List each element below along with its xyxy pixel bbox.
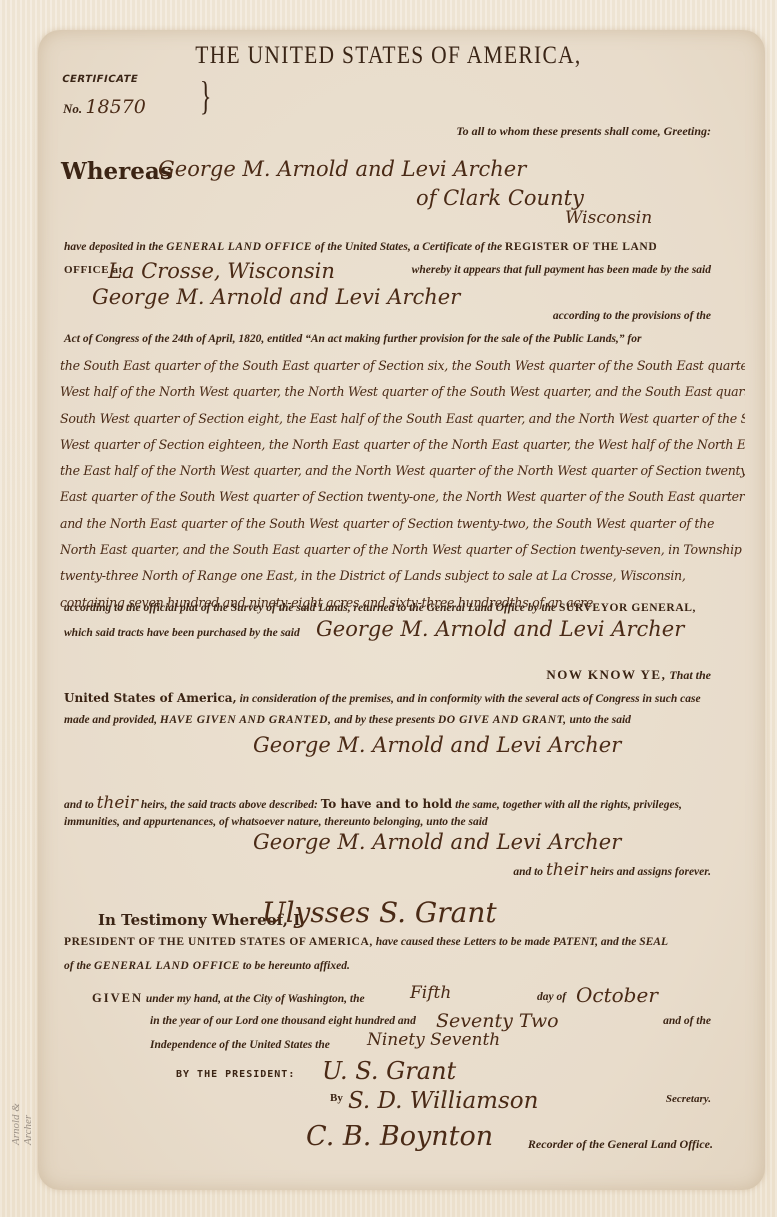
grantee-names: George M. Arnold and Levi Archer: [253, 733, 621, 757]
by-label: By: [330, 1092, 343, 1104]
year-text: in the year of our Lord one thousand eig…: [150, 1015, 416, 1027]
president-title: PRESIDENT OF THE UNITED STATES OF AMERIC…: [64, 936, 373, 948]
land-description-line: East quarter of the South West quarter o…: [60, 484, 745, 510]
now-know-heading: NOW KNOW YE,: [546, 667, 666, 682]
independence-text: Independence of the United States the: [150, 1039, 330, 1051]
certificate-no-prefix: No.: [63, 101, 82, 116]
land-description-line: and the North East quarter of the South …: [60, 511, 745, 537]
president-line: PRESIDENT OF THE UNITED STATES OF AMERIC…: [64, 936, 668, 948]
land-description-line: West half of the North West quarter, the…: [60, 379, 745, 405]
land-description-line: the East half of the North West quarter,…: [60, 458, 745, 484]
by-the-president: BY THE PRESIDENT:: [176, 1069, 295, 1080]
official-plat-text: according to the official plat of the Su…: [64, 602, 556, 614]
rights-text: the same, together with all the rights, …: [455, 799, 682, 811]
heirs-assigns-text: heirs and assigns forever.: [590, 866, 711, 878]
made-provided: made and provided,: [64, 714, 157, 726]
patent-text: have caused these Letters to be made PAT…: [376, 936, 668, 948]
land-description: the South East quarter of the South East…: [60, 353, 745, 616]
their-handwritten: their: [546, 860, 587, 880]
deposit-text: have deposited in the: [64, 241, 163, 253]
grantee-names: George M. Arnold and Levi Archer: [253, 830, 621, 854]
given-month: October: [576, 983, 658, 1007]
provisions-text: according to the provisions of the: [553, 310, 711, 322]
land-description-line: West quarter of Section eighteen, the No…: [60, 432, 745, 458]
general-land-office: GENERAL LAND OFFICE: [166, 241, 312, 253]
certificate-no-value: 18570: [85, 96, 145, 118]
consideration-line: United States of America, in considerati…: [64, 691, 701, 705]
official-plat-line: according to the official plat of the Su…: [64, 602, 696, 614]
deposit-text-2: of the United States, a Certificate of t…: [315, 241, 502, 253]
consideration-text: in consideration of the premises, and in…: [240, 693, 701, 705]
margin-note: Arnold & Archer: [10, 1075, 24, 1145]
surveyor-general: SURVEYOR GENERAL,: [559, 602, 696, 614]
secretary-signature: S. D. Williamson: [348, 1088, 538, 1114]
unto-the-said: unto the said: [570, 714, 631, 726]
and-to: and to: [64, 799, 94, 811]
have-given-granted: HAVE GIVEN AND GRANTED,: [160, 714, 332, 726]
brace-icon: }: [200, 72, 212, 119]
recorder-label: Recorder of the General Land Office.: [528, 1137, 713, 1152]
heirs-text: heirs, the said tracts above described:: [141, 799, 318, 811]
land-description-line: the South East quarter of the South East…: [60, 353, 745, 379]
given-day: Fifth: [410, 983, 451, 1003]
now-know-text: That the: [669, 668, 711, 682]
grantee-names: George M. Arnold and Levi Archer: [158, 157, 526, 181]
purchased-by-text: which said tracts have been purchased by…: [64, 627, 300, 639]
and-to: and to: [513, 866, 543, 878]
grantee-names: George M. Arnold and Levi Archer: [316, 617, 684, 641]
document-title: THE UNITED STATES OF AMERICA,: [54, 42, 722, 70]
heirs-assigns-line: and to their heirs and assigns forever.: [513, 860, 711, 880]
independence-year: Ninety Seventh: [367, 1030, 500, 1050]
and-of-the: and of the: [663, 1015, 711, 1027]
given-granted-line: made and provided, HAVE GIVEN AND GRANTE…: [64, 714, 631, 726]
by-these-presents: and by these presents: [334, 714, 435, 726]
to-have-gothic: To have and to hold: [321, 797, 453, 811]
president-signature: Ulysses S. Grant: [262, 896, 497, 929]
do-give-grant: DO GIVE AND GRANT,: [438, 714, 567, 726]
day-of: day of: [537, 991, 566, 1003]
grantee-names: George M. Arnold and Levi Archer: [92, 285, 460, 309]
affixed-text: to be hereunto affixed.: [243, 960, 350, 972]
land-description-line: North East quarter, and the South East q…: [60, 537, 745, 563]
certificate-label: CERTIFICATE: [61, 74, 139, 85]
given-text: under my hand, at the City of Washington…: [146, 993, 365, 1005]
heirs-line: and to their heirs, the said tracts abov…: [64, 793, 682, 813]
secretary-label: Secretary.: [666, 1093, 711, 1105]
given-line: GIVEN under my hand, at the City of Wash…: [92, 991, 365, 1006]
office-place: La Crosse, Wisconsin: [108, 259, 335, 283]
immunities-line: immunities, and appurtenances, of whatso…: [64, 816, 488, 828]
given-label: GIVEN: [92, 991, 143, 1005]
whereby-text: whereby it appears that full payment has…: [412, 264, 711, 276]
register-land: REGISTER OF THE LAND: [505, 241, 657, 253]
county: of Clark County: [416, 186, 584, 210]
land-description-line: twenty-three North of Range one East, in…: [60, 563, 745, 589]
seal-line: of the GENERAL LAND OFFICE to be hereunt…: [64, 960, 350, 972]
general-land-office: GENERAL LAND OFFICE: [94, 960, 240, 972]
greeting: To all to whom these presents shall come…: [456, 124, 711, 139]
now-know-ye: NOW KNOW YE, That the: [546, 667, 711, 683]
land-description-line: South West quarter of Section eight, the…: [60, 406, 745, 432]
certificate-number: No. 18570: [63, 96, 146, 118]
recorder-signature: C. B. Boynton: [306, 1121, 493, 1152]
whereas-heading: Whereas: [61, 158, 173, 185]
deposit-line: have deposited in the GENERAL LAND OFFIC…: [64, 241, 712, 253]
president-signed: U. S. Grant: [322, 1057, 456, 1085]
state: Wisconsin: [565, 208, 652, 228]
act-of-congress: Act of Congress of the 24th of April, 18…: [64, 333, 642, 345]
given-year: Seventy Two: [436, 1010, 559, 1032]
united-states-gothic: United States of America,: [64, 691, 237, 705]
of-the: of the: [64, 960, 91, 972]
their-handwritten: their: [97, 793, 138, 813]
